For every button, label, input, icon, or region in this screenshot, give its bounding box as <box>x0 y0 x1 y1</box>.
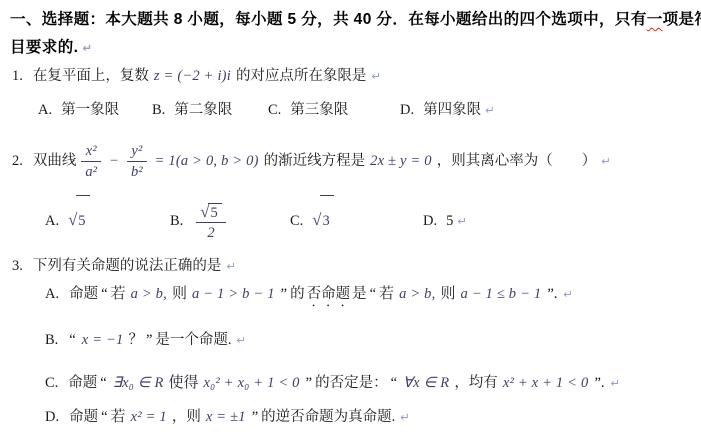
option-label: B. <box>45 332 58 348</box>
equation-tail: = 1(a > 0, b > 0) <box>155 153 259 169</box>
formula-cjk: 则 <box>172 286 187 302</box>
fraction-denominator: 2 <box>196 222 225 242</box>
question-2-options: A.√5B.√52C.√3D.5↵ <box>45 195 467 243</box>
section-header-line1: 一、选择题：本大题共 8 小题，每小题 5 分，共 40 分．在每小题给出的四个… <box>10 9 701 31</box>
sqrt-3-expression: √3 <box>312 195 333 245</box>
fraction-y2-over-b2: y²b² <box>127 143 147 180</box>
option-label: D. <box>400 102 414 118</box>
inequality-formula: a − 1 > b − 1 <box>192 286 275 302</box>
paragraph-mark: ↵ <box>226 259 236 273</box>
fraction-numerator: √5 <box>196 202 225 223</box>
inequality-formula: a − 1 ≤ b − 1 <box>460 286 541 302</box>
question-text: 下列有关命题的说法正确的是 <box>33 258 222 274</box>
option-value: 5 <box>446 213 453 229</box>
exists-formula: ∃x₀ ∈ R <box>113 375 164 391</box>
quadratic-inequality: x₀² + x₀ + 1 < 0 <box>204 375 300 391</box>
option-item: C.第三象限 <box>268 100 400 121</box>
close-quote: ” <box>281 286 287 302</box>
radicand: 3 <box>320 195 333 245</box>
paragraph-mark: ↵ <box>563 287 573 301</box>
question-text: 双曲线 <box>33 153 77 169</box>
option-item: A.第一象限 <box>38 100 152 121</box>
close-quote: ” <box>306 375 312 391</box>
formula-cjk: 若 <box>111 286 126 302</box>
header-text-cont: 项是符合题 <box>663 11 701 28</box>
paragraph-mark: ↵ <box>485 103 495 117</box>
inequality-formula: a > b, <box>399 286 435 302</box>
formula-cjk: 若 <box>111 409 126 425</box>
option-text-mid: ，则 <box>172 409 201 425</box>
quadratic-inequality: x² + x + 1 < 0 <box>503 375 589 391</box>
option-item: C.√3 <box>290 195 423 245</box>
fraction-denominator: b² <box>127 161 147 181</box>
option-text: 第三象限 <box>290 102 348 118</box>
option-label: C. <box>268 102 281 118</box>
formula-cjk: 使得 <box>169 375 199 391</box>
question-text-cont: ，则其离心率为（ ） <box>437 153 597 169</box>
question-3-option-c: C.命题“∃x₀ ∈ R使得x₀² + x₀ + 1 < 0”的否定是：“∀x … <box>45 373 620 394</box>
equation-formula: x = −1 <box>82 332 124 348</box>
option-label: C. <box>45 375 58 391</box>
exam-document-page: 一、选择题：本大题共 8 小题，每小题 5 分，共 40 分．在每小题给出的四个… <box>0 0 701 433</box>
open-quote: “ <box>370 286 376 302</box>
option-item: D.5 <box>423 197 453 245</box>
paragraph-mark: ↵ <box>611 376 621 390</box>
close-quote: ” <box>146 332 152 348</box>
close-quote: ” <box>252 409 258 425</box>
forall-formula: ∀x ∈ R <box>403 375 449 391</box>
option-item: B.√52 <box>170 197 290 245</box>
fraction-x2-over-a2: x²a² <box>81 143 101 180</box>
option-text: 的逆否命题为真命题. <box>261 409 395 425</box>
question-text-mid: 的渐近线方程是 <box>264 153 366 169</box>
option-text: 是 <box>352 286 367 302</box>
fraction-denominator: a² <box>81 161 101 181</box>
option-text: 命题 <box>69 286 98 302</box>
option-item: D.第四象限 <box>400 100 481 121</box>
paragraph-mark: ↵ <box>82 41 92 55</box>
section-header-line2: 目要求的.↵ <box>10 37 92 59</box>
equation-formula: x = ±1 <box>206 409 246 425</box>
question-1-options: A.第一象限B.第二象限C.第三象限D.第四象限↵ <box>38 100 495 121</box>
option-item: A.√5 <box>45 195 170 245</box>
question-mark: ？ <box>128 332 143 348</box>
option-label: D. <box>423 213 437 229</box>
question-3-option-a: A.命题“若a > b,则a − 1 > b − 1”的否命题是“若a > b,… <box>45 284 573 310</box>
close-quote-period: ”. <box>594 375 604 391</box>
question-3-option-d: D.命题“若x² = 1，则x = ±1”的逆否命题为真命题.↵ <box>45 407 410 428</box>
fraction-sqrt5-over-2: √52 <box>196 202 225 242</box>
option-label: C. <box>290 213 303 229</box>
option-label: B. <box>152 102 165 118</box>
radicand: 5 <box>76 195 89 245</box>
option-label: A. <box>38 102 52 118</box>
question-number: 2. <box>12 153 23 169</box>
header-text: 一、选择题：本大题共 8 小题，每小题 5 分，共 40 分．在每小题给出的四个… <box>10 11 647 28</box>
question-number: 1. <box>12 68 23 84</box>
question-3-stem: 3.下列有关命题的说法正确的是↵ <box>12 256 236 277</box>
question-text: 在复平面上，复数 <box>33 68 149 84</box>
option-text: 第二象限 <box>174 102 232 118</box>
paragraph-mark: ↵ <box>457 214 467 228</box>
header-text-line2: 目要求的. <box>10 39 78 56</box>
complex-number-formula: z = (−2 + i)i <box>154 68 231 84</box>
paragraph-mark: ↵ <box>400 410 410 424</box>
question-2-stem: 2.双曲线x²a²−y²b²= 1(a > 0, b > 0)的渐近线方程是2x… <box>12 138 611 184</box>
open-quote: “ <box>100 375 106 391</box>
question-text-cont: 的对应点所在象限是 <box>236 68 367 84</box>
formula-cjk: 若 <box>379 286 394 302</box>
question-3-option-b: B.“x = −1？”是一个命题.↵ <box>45 330 246 351</box>
option-text: 第四象限 <box>423 102 481 118</box>
minus-operator: − <box>109 153 119 169</box>
option-label: A. <box>45 213 59 229</box>
sqrt-5-expression: √5 <box>200 202 221 222</box>
asymptote-equation: 2x ± y = 0 <box>370 153 432 169</box>
radicand: 5 <box>208 203 221 222</box>
paragraph-mark: ↵ <box>601 154 611 168</box>
equation-formula: x² = 1 <box>131 409 167 425</box>
option-text: 命题 <box>68 375 97 391</box>
open-quote: “ <box>391 375 397 391</box>
option-item: B.第二象限 <box>152 100 268 121</box>
inequality-formula: a > b, <box>131 286 167 302</box>
paragraph-mark: ↵ <box>371 69 381 83</box>
question-number: 3. <box>12 258 23 274</box>
sqrt-5-expression: √5 <box>68 195 89 245</box>
fraction-numerator: y² <box>127 143 147 161</box>
open-quote: “ <box>101 286 107 302</box>
formula-cjk: 则 <box>440 286 455 302</box>
spellcheck-squiggle-char: 一 <box>647 11 663 28</box>
question-1-stem: 1.在复平面上，复数z = (−2 + i)i的对应点所在象限是↵ <box>12 66 381 87</box>
option-label: B. <box>170 213 183 229</box>
option-text: 第一象限 <box>61 102 119 118</box>
option-text: 的否定是： <box>315 375 388 391</box>
option-text: 的 <box>290 286 305 302</box>
open-quote: “ <box>69 332 75 348</box>
fraction-numerator: x² <box>81 143 101 161</box>
emphasized-term: 否命题 <box>307 286 351 302</box>
close-quote-period: ”. <box>547 286 557 302</box>
paragraph-mark: ↵ <box>237 333 247 347</box>
option-label: D. <box>45 409 59 425</box>
open-quote: “ <box>101 409 107 425</box>
option-text: 命题 <box>69 409 98 425</box>
option-text: 是一个命题. <box>155 332 231 348</box>
option-label: A. <box>45 286 59 302</box>
option-text: ，均有 <box>454 375 498 391</box>
